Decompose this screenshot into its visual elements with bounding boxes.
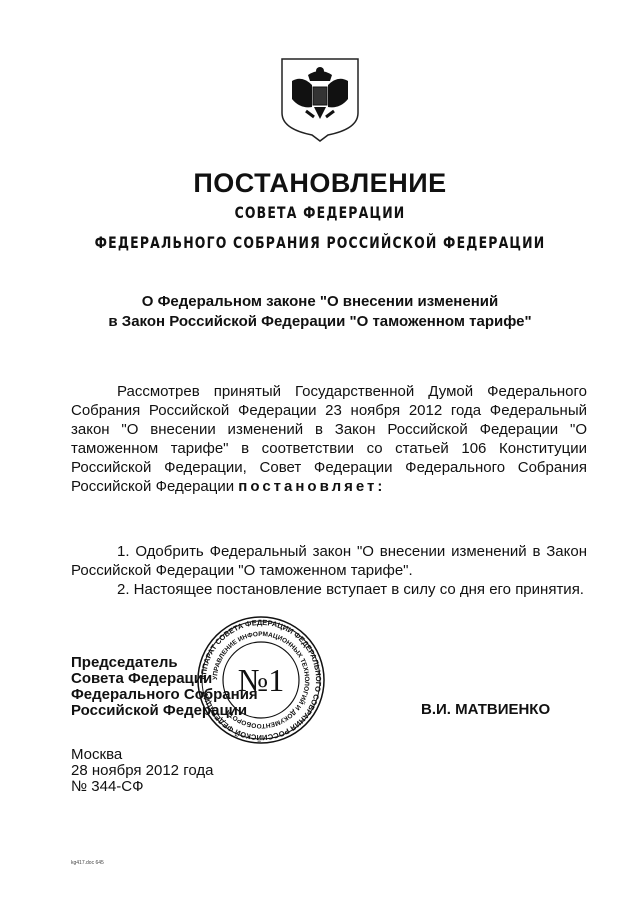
document-subtitle-line2: ФЕДЕРАЛЬНОГО СОБРАНИЯ РОССИЙСКОЙ ФЕДЕРАЦ… <box>70 233 569 252</box>
signatory-name: В.И. МАТВИЕНКО <box>421 701 550 718</box>
document-title: ПОСТАНОВЛЕНИЕ <box>0 168 640 199</box>
footer-code: kg417.doc 645 <box>71 860 104 866</box>
date: 28 ноября 2012 года <box>71 763 213 779</box>
place-and-date: Москва 28 ноября 2012 года № 344-СФ <box>71 747 213 795</box>
document-number: № 344-СФ <box>71 779 213 795</box>
preamble-text: Рассмотрев принятый Государственной Думо… <box>71 382 587 496</box>
document-subtitle-line1: СОВЕТА ФЕДЕРАЦИИ <box>70 203 569 222</box>
official-seal-icon: АППАРАТ СОВЕТА ФЕДЕРАЦИИ ФЕДЕРАЛЬНОГО СО… <box>196 615 326 745</box>
resolution-item-1: 1. Одобрить Федеральный закон "О внесени… <box>71 542 587 580</box>
subject-line1: О Федеральном законе "О внесении изменен… <box>70 292 570 312</box>
resolves-word: постановляет: <box>238 478 385 495</box>
subject-line2: в Закон Российской Федерации "О таможенн… <box>70 312 570 332</box>
svg-text:№1: №1 <box>238 662 285 698</box>
resolution-item-2: 2. Настоящее постановление вступает в си… <box>71 580 587 599</box>
document-subject: О Федеральном законе "О внесении изменен… <box>70 292 570 332</box>
city: Москва <box>71 747 213 763</box>
preamble: Рассмотрев принятый Государственной Думо… <box>71 382 587 496</box>
coat-of-arms-icon <box>278 55 362 143</box>
resolution-items: 1. Одобрить Федеральный закон "О внесени… <box>71 542 587 599</box>
